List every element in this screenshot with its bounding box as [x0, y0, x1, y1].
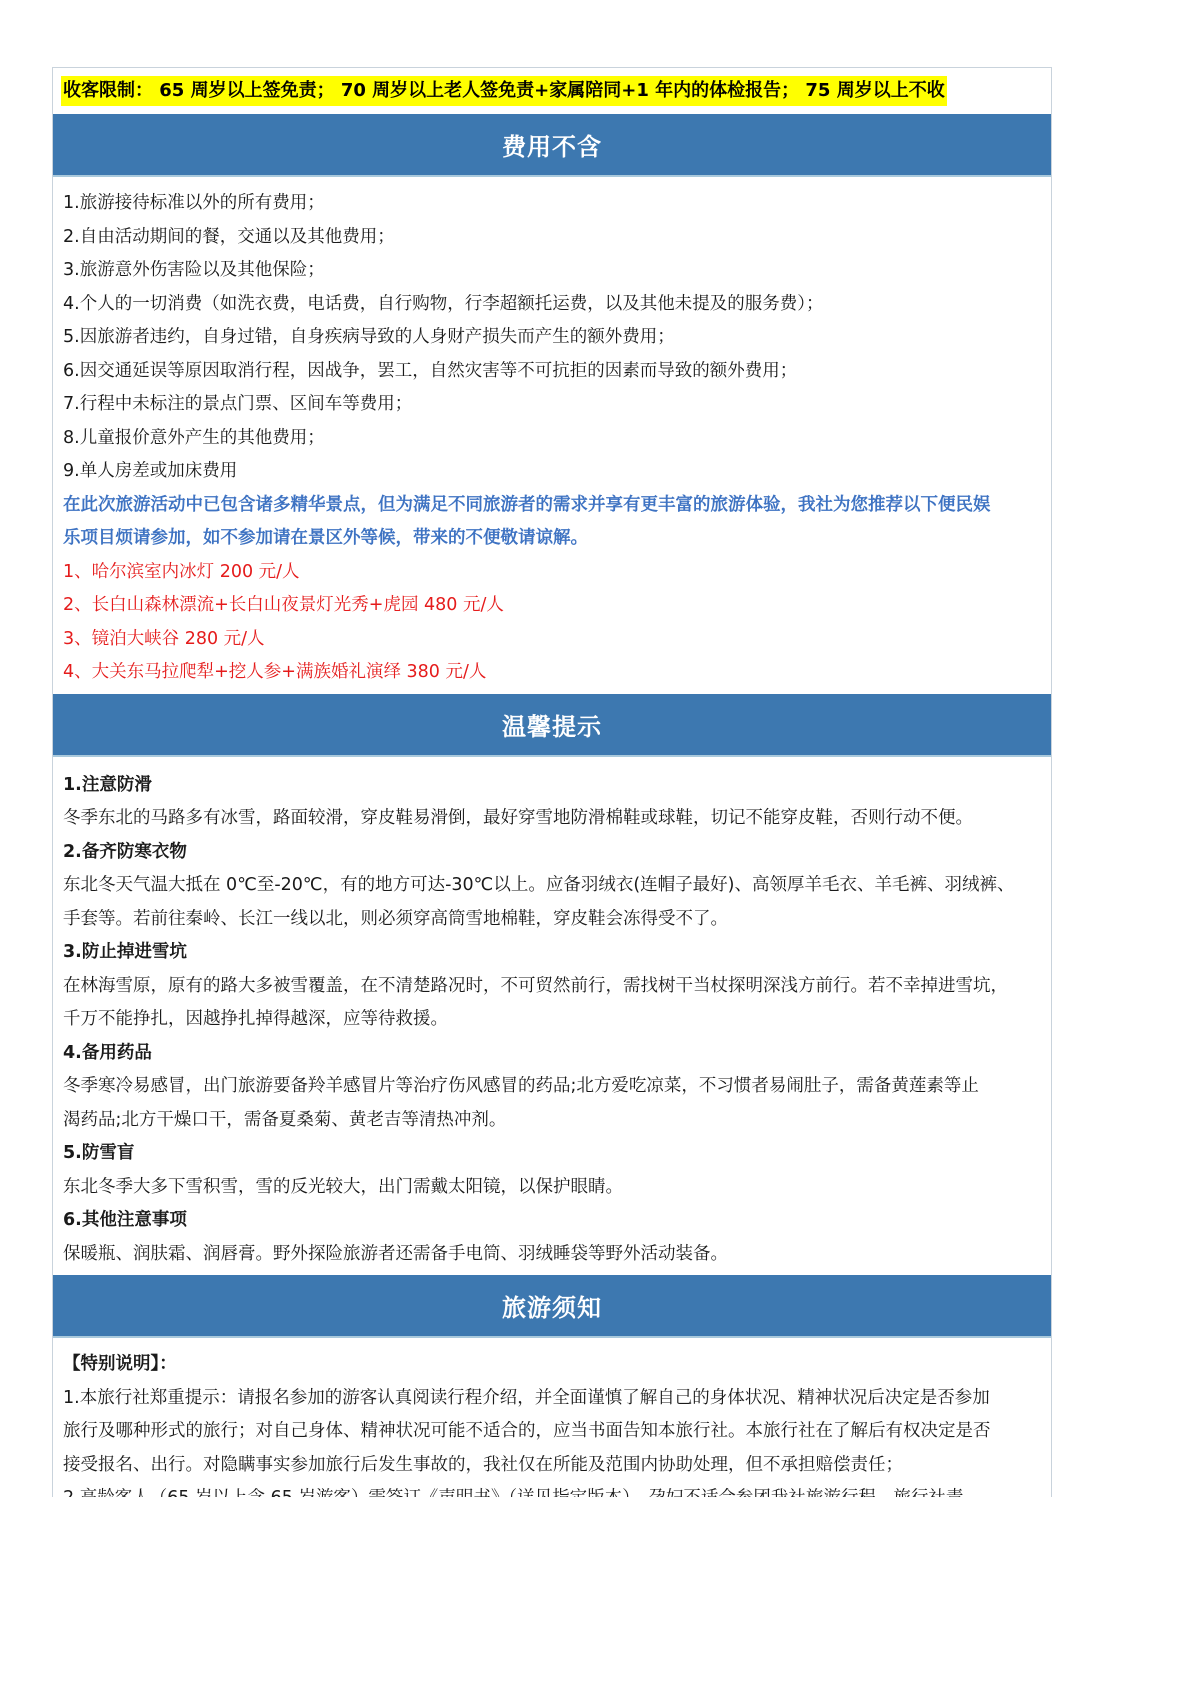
- excluded-list: 1.旅游接待标准以外的所有费用； 2.自由活动期间的餐，交通以及其他费用； 3.…: [53, 177, 1051, 694]
- section-title-excluded: 费用不含: [53, 114, 1051, 177]
- tip-text: 手套等。若前往秦岭、长江一线以北，则必须穿高筒雪地棉鞋，穿皮鞋会冻得受不了。: [63, 903, 1041, 937]
- notice-text: 接受报名、出行。对隐瞒事实参加旅行后发生事故的，我社仅在所能及范围内协助处理，但…: [63, 1449, 1041, 1483]
- tip-text: 冬季东北的马路多有冰雪，路面较滑，穿皮鞋易滑倒，最好穿雪地防滑棉鞋或球鞋，切记不…: [63, 802, 1041, 836]
- excluded-item: 4.个人的一切消费（如洗衣费，电话费，自行购物，行李超额托运费，以及其他未提及的…: [63, 288, 1041, 322]
- tip-heading: 3.防止掉进雪坑: [63, 936, 1041, 970]
- recommend-text: 乐项目烦请参加，如不参加请在景区外等候，带来的不便敬请谅解。: [63, 522, 1041, 556]
- section-tips: 温馨提示 1.注意防滑 冬季东北的马路多有冰雪，路面较滑，穿皮鞋易滑倒，最好穿雪…: [53, 694, 1051, 1276]
- section-travel-notice: 旅游须知 【特别说明】： 1.本旅行社郑重提示：请报名参加的游客认真阅读行程介绍…: [53, 1275, 1051, 1497]
- notice-text: 2.高龄客人（65 岁以上含 65 岁游客）需签订《声明书》（详见指定版本）。孕…: [63, 1482, 1041, 1497]
- tip-text: 千万不能挣扎，因越挣扎掉得越深，应等待救援。: [63, 1003, 1041, 1037]
- tip-heading: 5.防雪盲: [63, 1137, 1041, 1171]
- tip-text: 冬季寒冷易感冒，出门旅游要备羚羊感冒片等治疗伤风感冒的药品;北方爱吃凉菜，不习惯…: [63, 1070, 1041, 1104]
- tip-text: 东北冬天气温大抵在 0℃至-20℃，有的地方可达-30℃以上。应备羽绒衣(连帽子…: [63, 869, 1041, 903]
- tip-heading: 4.备用药品: [63, 1037, 1041, 1071]
- tip-heading: 1.注意防滑: [63, 769, 1041, 803]
- notice-text: 1.本旅行社郑重提示：请报名参加的游客认真阅读行程介绍，并全面谨慎了解自己的身体…: [63, 1382, 1041, 1416]
- special-note-label: 【特别说明】：: [63, 1348, 1041, 1382]
- section-excluded-costs: 费用不含 1.旅游接待标准以外的所有费用； 2.自由活动期间的餐，交通以及其他费…: [53, 114, 1051, 694]
- notice-text: 旅行及哪种形式的旅行；对自己身体、精神状况可能不适合的，应当书面告知本旅行社。本…: [63, 1415, 1041, 1449]
- tip-text: 保暖瓶、润肤霜、润唇膏。野外探险旅游者还需备手电筒、羽绒睡袋等野外活动装备。: [63, 1238, 1041, 1272]
- optional-item: 1、哈尔滨室内冰灯 200 元/人: [63, 556, 1041, 590]
- tip-text: 渴药品;北方干燥口干，需备夏桑菊、黄老吉等清热冲剂。: [63, 1104, 1041, 1138]
- optional-item: 3、镜泊大峡谷 280 元/人: [63, 623, 1041, 657]
- tip-text: 东北冬季大多下雪积雪，雪的反光较大，出门需戴太阳镜，以保护眼睛。: [63, 1171, 1041, 1205]
- section-title-notice: 旅游须知: [53, 1275, 1051, 1338]
- excluded-item: 1.旅游接待标准以外的所有费用；: [63, 187, 1041, 221]
- age-limit-notice: 收客限制： 65 周岁以上签免责； 70 周岁以上老人签免责+家属陪同+1 年内…: [61, 76, 947, 106]
- recommend-text: 在此次旅游活动中已包含诸多精华景点，但为满足不同旅游者的需求并享有更丰富的旅游体…: [63, 489, 1041, 523]
- optional-item: 2、长白山森林漂流+长白山夜景灯光秀+虎园 480 元/人: [63, 589, 1041, 623]
- excluded-item: 8.儿童报价意外产生的其他费用；: [63, 422, 1041, 456]
- optional-item: 4、大关东马拉爬犁+挖人参+满族婚礼演绎 380 元/人: [63, 656, 1041, 690]
- tips-list: 1.注意防滑 冬季东北的马路多有冰雪，路面较滑，穿皮鞋易滑倒，最好穿雪地防滑棉鞋…: [53, 757, 1051, 1276]
- section-title-tips: 温馨提示: [53, 694, 1051, 757]
- document-page: 收客限制： 65 周岁以上签免责； 70 周岁以上老人签免责+家属陪同+1 年内…: [52, 67, 1052, 1497]
- notice-body: 【特别说明】： 1.本旅行社郑重提示：请报名参加的游客认真阅读行程介绍，并全面谨…: [53, 1338, 1051, 1497]
- excluded-item: 9.单人房差或加床费用: [63, 455, 1041, 489]
- excluded-item: 5.因旅游者违约，自身过错，自身疾病导致的人身财产损失而产生的额外费用；: [63, 321, 1041, 355]
- tip-heading: 2.备齐防寒衣物: [63, 836, 1041, 870]
- age-limit-row: 收客限制： 65 周岁以上签免责； 70 周岁以上老人签免责+家属陪同+1 年内…: [53, 68, 1051, 114]
- excluded-item: 7.行程中未标注的景点门票、区间车等费用；: [63, 388, 1041, 422]
- excluded-item: 3.旅游意外伤害险以及其他保险；: [63, 254, 1041, 288]
- excluded-item: 2.自由活动期间的餐，交通以及其他费用；: [63, 221, 1041, 255]
- tip-text: 在林海雪原，原有的路大多被雪覆盖，在不清楚路况时，不可贸然前行，需找树干当杖探明…: [63, 970, 1041, 1004]
- excluded-item: 6.因交通延误等原因取消行程，因战争，罢工，自然灾害等不可抗拒的因素而导致的额外…: [63, 355, 1041, 389]
- tip-heading: 6.其他注意事项: [63, 1204, 1041, 1238]
